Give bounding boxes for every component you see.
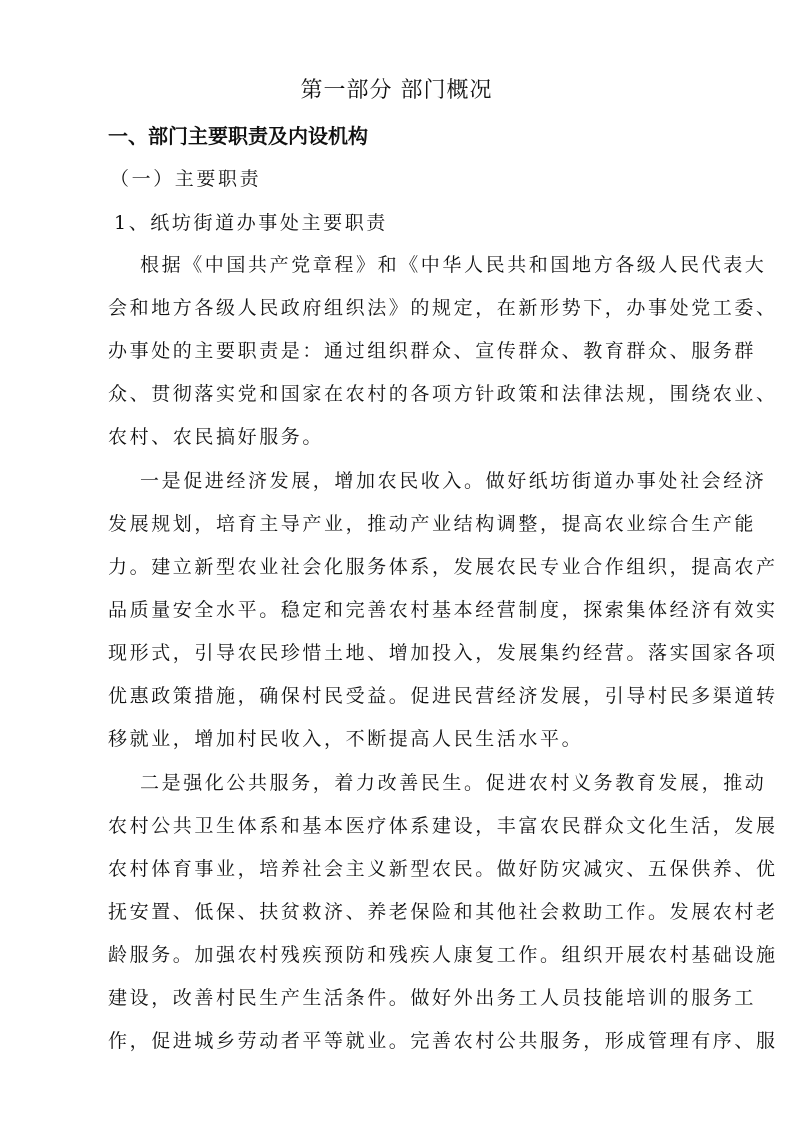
body-line: 力。建立新型农业社会化服务体系，发展农民专业合作组织，提高农产: [108, 552, 778, 579]
body-line: 二是强化公共服务，着力改善民生。促进农村义务教育发展，推动: [140, 768, 766, 795]
body-line: 农村公共卫生体系和基本医疗体系建设，丰富农民群众文化生活，发展: [108, 811, 778, 838]
subsection-heading: （一）主要职责: [110, 164, 261, 191]
body-line: 龄服务。加强农村残疾预防和残疾人康复工作。组织开展农村基础设施: [108, 940, 778, 967]
body-line: 农村体育事业，培养社会主义新型农民。做好防灾减灾、五保供养、优: [108, 854, 778, 881]
page-title: 第一部分 部门概况: [0, 73, 793, 104]
body-line: 移就业，增加村民收入，不断提高人民生活水平。: [108, 724, 583, 751]
body-line: 建设，改善村民生产生活条件。做好外出务工人员技能培训的服务工: [108, 983, 756, 1010]
body-line: 根据《中国共产党章程》和《中华人民共和国地方各级人民代表大: [140, 250, 766, 277]
body-line: 作，促进城乡劳动者平等就业。完善农村公共服务，形成管理有序、服: [108, 1026, 778, 1053]
section-heading: 一、部门主要职责及内设机构: [108, 120, 368, 149]
body-line: 优惠政策措施，确保村民受益。促进民营经济发展，引导村民多渠道转: [108, 681, 778, 708]
body-line: 发展规划，培育主导产业，推动产业结构调整，提高农业综合生产能: [108, 509, 756, 536]
body-line: 抚安置、低保、扶贫救济、养老保险和其他社会救助工作。发展农村老: [108, 897, 778, 924]
body-line: 办事处的主要职责是：通过组织群众、宣传群众、教育群众、服务群: [108, 336, 756, 363]
body-line: 会和地方各级人民政府组织法》的规定，在新形势下，办事处党工委、: [108, 293, 778, 320]
body-line: 众、贯彻落实党和国家在农村的各项方针政策和法律法规，围绕农业、: [108, 379, 778, 406]
body-line: 一是促进经济发展，增加农民收入。做好纸坊街道办事处社会经济: [140, 466, 766, 493]
body-line: 农村、农民搞好服务。: [108, 422, 324, 449]
body-line: 现形式，引导农民珍惜土地、增加投入，发展集约经营。落实国家各项: [108, 638, 778, 665]
item-heading: 1、纸坊街道办事处主要职责: [114, 208, 388, 235]
body-line: 品质量安全水平。稳定和完善农村基本经营制度，探索集体经济有效实: [108, 595, 778, 622]
